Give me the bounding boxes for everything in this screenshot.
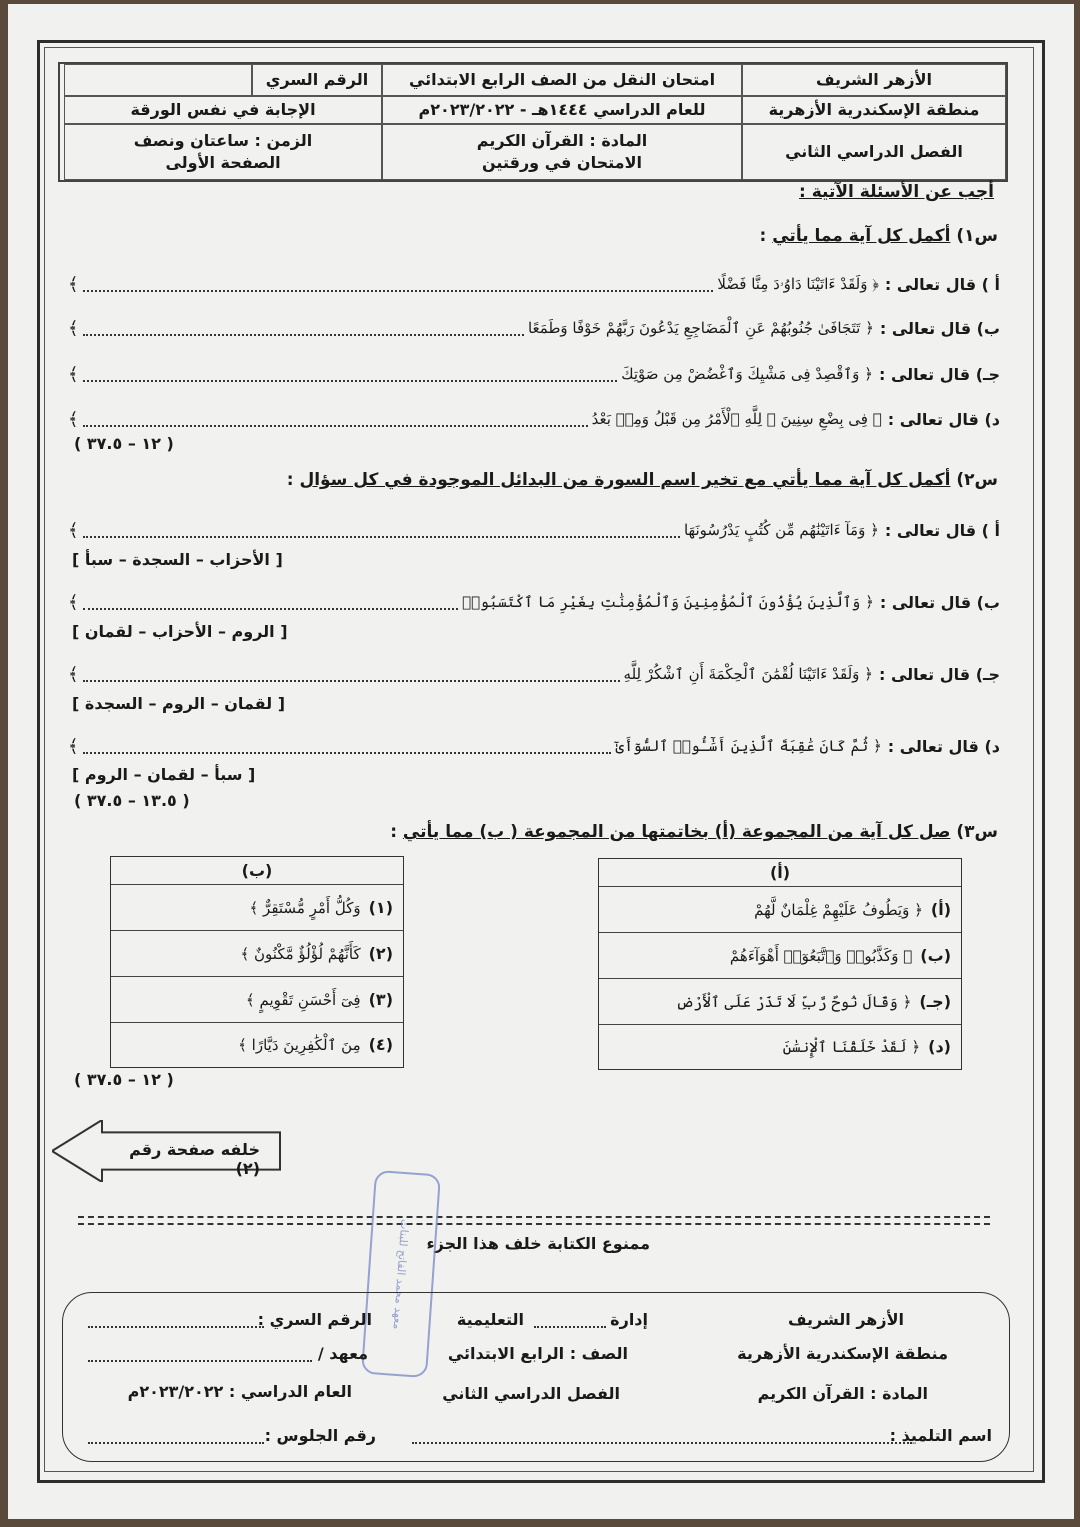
ayah-close-bracket-icon: ﴾: [68, 736, 79, 757]
q2-item-label: جـ) قال تعالى :: [879, 665, 1000, 684]
q3-prefix: س٣): [956, 822, 998, 842]
ayah-close-bracket-icon: ﴾: [68, 274, 79, 295]
header-term-text: الفصل الدراسي الثاني: [785, 141, 963, 163]
q3-colon: :: [390, 822, 397, 842]
header-secret-no-field[interactable]: [64, 64, 252, 96]
header-secret-no-text: الرقم السري: [266, 69, 368, 91]
header-exam-title-text: امتحان النقل من الصف الرابع الابتدائي: [409, 69, 715, 91]
ayah-close-bracket-icon: ﴾: [68, 520, 79, 541]
q3-group-a-header: (أ): [599, 859, 961, 887]
q1-item-label: د) قال تعالى :: [888, 410, 1000, 429]
q2-answer-blank[interactable]: [83, 738, 612, 754]
q1-colon: :: [760, 226, 767, 246]
q2-item-c-choices: [ لقمان – الروم – السجدة ]: [72, 694, 285, 713]
header-sheets-text: الامتحان في ورقتين: [482, 152, 642, 174]
header-time-cell: الزمن : ساعتان ونصف الصفحة الأولى: [64, 124, 382, 180]
row-key: (ب): [920, 946, 951, 965]
q2-item-ayah: ﴿ وَلَقَدْ ءَاتَيْنَا لُقْمَٰنَ ٱلْحِكْم…: [624, 665, 873, 683]
header-year: للعام الدراسي ١٤٤٤هـ - ٢٠٢٣/٢٠٢٢م: [382, 96, 742, 124]
q3-score: ( ١٢ – ٣٧.٥ ): [74, 1070, 174, 1089]
q2-item-ayah: ﴿ ثُمَّ كَانَ عَٰقِبَةَ ٱلَّذِينَ أَسَٰٓ…: [615, 737, 881, 755]
q2-item-b-choices: [ الروم – الأحزاب – لقمان ]: [72, 622, 288, 641]
footer-region: منطقة الإسكندرية الأزهرية: [737, 1344, 948, 1363]
row-key: (٤): [369, 1035, 393, 1054]
header-subject-text: المادة : القرآن الكريم: [477, 130, 647, 152]
secret-no-field[interactable]: [88, 1326, 264, 1328]
row-key: (٣): [369, 990, 393, 1009]
ayah-close-bracket-icon: ﴾: [68, 364, 79, 385]
q1-item-ayah: ﴿ فِى بِضْعِ سِنِينَ ۗ لِلَّهِ ٱلْأَمْرُ…: [592, 410, 882, 428]
q3-group-a-row[interactable]: (ب)﴿ وَكَذَّبُوا۟ وَٱتَّبَعُوٓا۟ أَهْوَآ…: [599, 933, 961, 979]
q2-title: أكمل كل آية مما يأتي مع تخير اسم السورة …: [299, 470, 950, 490]
q3-group-b-row[interactable]: (٣)فِىٓ أَحْسَنِ تَقْوِيمٍ ﴾: [111, 977, 403, 1023]
q2-item-ayah: ﴿ وَمَآ ءَاتَيْنَٰهُم مِّن كُتُبٍ يَدْرُ…: [684, 521, 879, 539]
q2-item-a: أ ) قال تعالى : ﴿ وَمَآ ءَاتَيْنَٰهُم مِ…: [68, 516, 1000, 544]
q1-heading: س١) أكمل كل آية مما يأتي :: [760, 226, 999, 246]
q3-group-a-row[interactable]: (جـ)﴿ وَقَالَ نُوحٌ رَّبِّ لَا تَذَرْ عَ…: [599, 979, 961, 1025]
footer-year: العام الدراسي : ٢٠٢٣/٢٠٢٢م: [128, 1382, 352, 1401]
seat-no-field[interactable]: [88, 1442, 264, 1444]
q3-heading: س٣) صل كل آية من المجموعة (أ) بخاتمتها م…: [390, 822, 998, 842]
exam-header-table: الأزهر الشريف منطقة الإسكندرية الأزهرية …: [58, 62, 1008, 182]
q2-colon: :: [287, 470, 294, 490]
q2-item-ayah: ﴿ وَٱلَّذِينَ يُؤْذُونَ ٱلْمُؤْمِنِينَ و…: [462, 593, 874, 611]
footer-grade: الصف : الرابع الابتدائي: [448, 1344, 628, 1363]
q3-group-a-header-text: (أ): [770, 863, 790, 882]
footer-subject: المادة : القرآن الكريم: [758, 1384, 928, 1403]
row-ayah: ﴿ لَقَدْ خَلَقْنَا ٱلْإِنسَٰنَ: [783, 1038, 920, 1056]
q2-item-d-choices: [ سبأ – لقمان – الروم ]: [72, 765, 255, 784]
header-subject-cell: المادة : القرآن الكريم الامتحان في ورقتي…: [382, 124, 742, 180]
row-key: (أ): [931, 900, 951, 919]
q2-item-label: أ ) قال تعالى :: [885, 521, 1000, 540]
header-answer-note-text: الإجابة في نفس الورقة: [130, 99, 315, 121]
footer-term: الفصل الدراسي الثاني: [442, 1384, 620, 1403]
q2-heading: س٢) أكمل كل آية مما يأتي مع تخير اسم الس…: [287, 470, 998, 490]
row-ayah: ﴿ وَقَالَ نُوحٌ رَّبِّ لَا تَذَرْ عَلَى …: [676, 993, 912, 1011]
ayah-close-bracket-icon: ﴾: [68, 664, 79, 685]
footer-seat-no-label: رقم الجلوس :: [265, 1426, 376, 1445]
q3-group-b-row[interactable]: (١)وَكُلُّ أَمْرٍ مُّسْتَقِرٌّ ﴾: [111, 885, 403, 931]
q1-item-label: أ ) قال تعالى :: [885, 275, 1000, 294]
footer-institute-label: معهد /: [318, 1344, 368, 1363]
q3-group-b-row[interactable]: (٤)مِنَ ٱلْكَٰفِرِينَ دَيَّارًا ﴾: [111, 1023, 403, 1066]
footer-admin-suffix: التعليمية: [457, 1310, 524, 1329]
instructions: أجب عن الأسئلة الآتية :: [799, 182, 994, 202]
next-page-label: خلفه صفحة رقم (٢): [100, 1140, 260, 1178]
row-ayah: ﴿ وَيَطُوفُ عَلَيْهِمْ غِلْمَانٌ لَّهُمْ: [754, 901, 923, 919]
q1-item-ayah: ﴿ وَٱقْصِدْ فِى مَشْيِكَ وَٱغْضُضْ مِن ص…: [621, 365, 873, 383]
cut-line-divider: [78, 1216, 990, 1225]
ayah-close-bracket-icon: ﴾: [68, 409, 79, 430]
q1-answer-blank[interactable]: [83, 276, 714, 292]
row-ayah: مِنَ ٱلْكَٰفِرِينَ دَيَّارًا ﴾: [238, 1036, 360, 1054]
q1-title: أكمل كل آية مما يأتي: [772, 226, 950, 246]
row-key: (د): [928, 1037, 951, 1056]
institute-field[interactable]: [88, 1360, 312, 1362]
row-ayah: ﴿ وَكَذَّبُوا۟ وَٱتَّبَعُوٓا۟ أَهْوَآءَه…: [730, 947, 912, 965]
header-page-text: الصفحة الأولى: [165, 152, 280, 174]
q3-group-b-table: (ب) (١)وَكُلُّ أَمْرٍ مُّسْتَقِرٌّ ﴾ (٢)…: [110, 856, 404, 1068]
no-writing-notice: ممنوع الكتابة خلف هذا الجزء: [400, 1234, 650, 1253]
q1-answer-blank[interactable]: [83, 366, 618, 382]
q1-item-ayah: ﴿ وَلَقَدْ ءَاتَيْنَا دَاوُۥدَ مِنَّا فَ…: [717, 275, 879, 293]
q3-group-a-row[interactable]: (أ)﴿ وَيَطُوفُ عَلَيْهِمْ غِلْمَانٌ لَّه…: [599, 887, 961, 933]
header-secret-no-label: الرقم السري: [252, 64, 382, 96]
row-key: (جـ): [919, 992, 951, 1011]
q2-item-b: ب) قال تعالى : ﴿ وَٱلَّذِينَ يُؤْذُونَ ٱ…: [68, 588, 1000, 616]
q2-prefix: س٢): [956, 470, 998, 490]
q1-answer-blank[interactable]: [83, 320, 524, 336]
header-org: الأزهر الشريف: [742, 64, 1006, 96]
q1-item-d: د) قال تعالى : ﴿ فِى بِضْعِ سِنِينَ ۗ لِ…: [68, 405, 1000, 433]
q2-score: ( ١٣.٥ – ٣٧.٥ ): [74, 791, 190, 810]
header-exam-title: امتحان النقل من الصف الرابع الابتدائي: [382, 64, 742, 96]
footer-secret-no-label: الرقم السري :: [258, 1310, 372, 1329]
q3-title: صل كل آية من المجموعة (أ) بخاتمتها من ال…: [403, 822, 951, 842]
header-org-text: الأزهر الشريف: [816, 69, 932, 91]
row-ayah: فِىٓ أَحْسَنِ تَقْوِيمٍ ﴾: [246, 991, 361, 1009]
q2-item-label: د) قال تعالى :: [888, 737, 1000, 756]
q2-answer-blank[interactable]: [83, 522, 680, 538]
footer-org: الأزهر الشريف: [788, 1310, 904, 1329]
row-ayah: كَأَنَّهُمْ لُؤْلُؤٌ مَّكْنُونٌ ﴾: [240, 945, 360, 963]
q3-group-a-table: (أ) (أ)﴿ وَيَطُوفُ عَلَيْهِمْ غِلْمَانٌ …: [598, 858, 962, 1070]
header-answer-note: الإجابة في نفس الورقة: [64, 96, 382, 124]
q3-group-b-header-text: (ب): [242, 861, 273, 880]
row-key: (١): [369, 898, 393, 917]
q1-answer-blank[interactable]: [83, 411, 588, 427]
header-region-text: منطقة الإسكندرية الأزهرية: [769, 99, 980, 121]
ayah-close-bracket-icon: ﴾: [68, 592, 79, 613]
q2-item-d: د) قال تعالى : ﴿ ثُمَّ كَانَ عَٰقِبَةَ ٱ…: [68, 732, 1000, 760]
student-name-field[interactable]: [412, 1442, 912, 1444]
header-region: منطقة الإسكندرية الأزهرية: [742, 96, 1006, 124]
q3-group-a-row[interactable]: (د)﴿ لَقَدْ خَلَقْنَا ٱلْإِنسَٰنَ: [599, 1025, 961, 1068]
q1-item-label: جـ) قال تعالى :: [879, 365, 1000, 384]
q1-item-a: أ ) قال تعالى : ﴿ وَلَقَدْ ءَاتَيْنَا دَ…: [68, 270, 1000, 298]
q2-answer-blank[interactable]: [83, 666, 620, 682]
footer-admin-label: إدارة: [610, 1310, 648, 1329]
q1-prefix: س١): [956, 226, 998, 246]
q2-answer-blank[interactable]: [83, 594, 459, 610]
q2-item-a-choices: [ الأحزاب – السجدة – سبأ ]: [72, 550, 283, 569]
q1-item-c: جـ) قال تعالى : ﴿ وَٱقْصِدْ فِى مَشْيِكَ…: [68, 360, 1000, 388]
ayah-close-bracket-icon: ﴾: [68, 318, 79, 339]
q2-item-c: جـ) قال تعالى : ﴿ وَلَقَدْ ءَاتَيْنَا لُ…: [68, 660, 1000, 688]
q1-item-b: ب) قال تعالى : ﴿ تَتَجَافَىٰ جُنُوبُهُمْ…: [68, 314, 1000, 342]
q2-item-label: ب) قال تعالى :: [880, 593, 1000, 612]
admin-field[interactable]: [534, 1326, 606, 1328]
q3-group-b-header: (ب): [111, 857, 403, 885]
q1-score: ( ١٢ – ٣٧.٥ ): [74, 434, 174, 453]
q3-group-b-row[interactable]: (٢)كَأَنَّهُمْ لُؤْلُؤٌ مَّكْنُونٌ ﴾: [111, 931, 403, 977]
header-year-text: للعام الدراسي ١٤٤٤هـ - ٢٠٢٣/٢٠٢٢م: [419, 99, 706, 121]
q1-item-label: ب) قال تعالى :: [880, 319, 1000, 338]
header-time-text: الزمن : ساعتان ونصف: [134, 130, 313, 152]
row-ayah: وَكُلُّ أَمْرٍ مُّسْتَقِرٌّ ﴾: [249, 899, 360, 917]
q1-item-ayah: ﴿ تَتَجَافَىٰ جُنُوبُهُمْ عَنِ ٱلْمَضَاج…: [528, 319, 874, 337]
row-key: (٢): [369, 944, 393, 963]
header-term: الفصل الدراسي الثاني: [742, 124, 1006, 180]
